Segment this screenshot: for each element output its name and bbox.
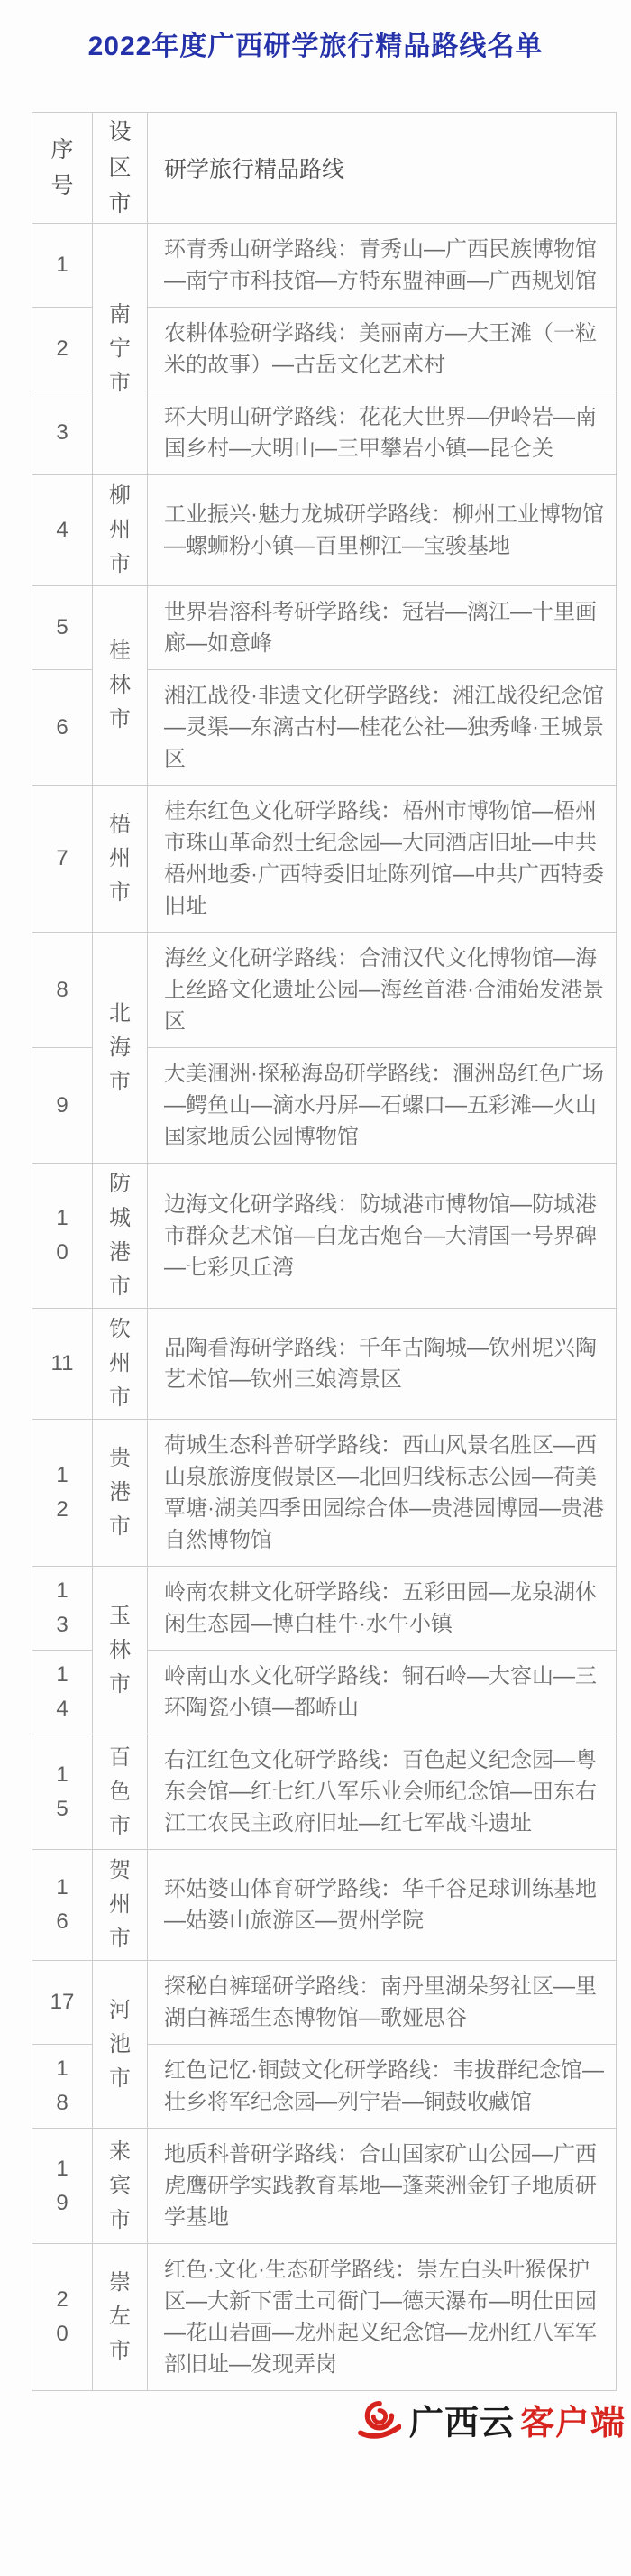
- header-route: 研学旅行精品路线: [148, 113, 617, 224]
- table-row: 1 南宁市 环青秀山研学路线：青秀山—广西民族博物馆—南宁市科技馆—方特东盟神画…: [32, 224, 617, 308]
- city-cell-guilin: 桂林市: [93, 586, 148, 786]
- table-row: 8 北海市 海丝文化研学路线：合浦汉代文化博物馆—海上丝路文化遗址公园—海丝首港…: [32, 933, 617, 1048]
- city-cell-laibin: 来宾市: [93, 2129, 148, 2244]
- seq-cell: 1 5: [32, 1734, 93, 1850]
- header-city: 设区市: [93, 113, 148, 224]
- seq-cell: 1 2: [32, 1420, 93, 1567]
- table-row: 1 5 百色市 右江红色文化研学路线：百色起义纪念园—粤东会馆—红七红八军乐业会…: [32, 1734, 617, 1850]
- table-row: 1 9 来宾市 地质科普研学路线：合山国家矿山公园—广西虎鹰研学实践教育基地—蓬…: [32, 2129, 617, 2244]
- seq-cell: 2 0: [32, 2244, 93, 2391]
- seq-cell: 4: [32, 475, 93, 586]
- route-cell: 红色·文化·生态研学路线：崇左白头叶猴保护区—大新下雷土司衙门—德天瀑布—明仕田…: [148, 2244, 617, 2391]
- city-cell-guigang: 贵港市: [93, 1420, 148, 1567]
- table-row: 1 0 防城港市 边海文化研学路线：防城港市博物馆—防城港市群众艺术馆—白龙古炮…: [32, 1164, 617, 1309]
- route-cell: 工业振兴·魅力龙城研学路线：柳州工业博物馆—螺蛳粉小镇—百里柳江—宝骏基地: [148, 475, 617, 586]
- table-row: 5 桂林市 世界岩溶科考研学路线：冠岩—漓江—十里画廊—如意峰: [32, 586, 617, 670]
- route-cell: 世界岩溶科考研学路线：冠岩—漓江—十里画廊—如意峰: [148, 586, 617, 670]
- seq-cell: 6: [32, 670, 93, 786]
- route-cell: 右江红色文化研学路线：百色起义纪念园—粤东会馆—红七红八军乐业会师纪念馆—田东右…: [148, 1734, 617, 1850]
- route-cell: 探秘白裤瑶研学路线：南丹里湖朵努社区—里湖白裤瑶生态博物馆—歌娅思谷: [148, 1961, 617, 2045]
- city-cell-hechi: 河池市: [93, 1961, 148, 2129]
- seq-cell: 5: [32, 586, 93, 670]
- seq-cell: 17: [32, 1961, 93, 2045]
- seq-cell: 9: [32, 1048, 93, 1164]
- city-cell-qinzhou: 钦州市: [93, 1309, 148, 1420]
- route-cell: 农耕体验研学路线：美丽南方—大王滩（一粒米的故事）—古岳文化艺术村: [148, 308, 617, 391]
- route-cell: 环姑婆山体育研学路线：华千谷足球训练基地—姑婆山旅游区—贺州学院: [148, 1850, 617, 1961]
- route-cell: 桂东红色文化研学路线：梧州市博物馆—梧州市珠山革命烈士纪念园—大同酒店旧址—中共…: [148, 786, 617, 933]
- seq-cell: 2: [32, 308, 93, 391]
- city-cell-liuzhou: 柳州市: [93, 475, 148, 586]
- route-cell: 大美涠洲·探秘海岛研学路线：涠洲岛红色广场—鳄鱼山—滴水丹屏—石螺口—五彩滩—火…: [148, 1048, 617, 1164]
- city-cell-beihai: 北海市: [93, 933, 148, 1164]
- route-cell: 红色记忆·铜鼓文化研学路线：韦拔群纪念馆—壮乡将军纪念园—列宁岩—铜鼓收藏馆: [148, 2045, 617, 2129]
- seq-cell: 8: [32, 933, 93, 1048]
- seq-cell: 1 3: [32, 1567, 93, 1651]
- route-cell: 岭南农耕文化研学路线：五彩田园—龙泉湖休闲生态园—博白桂牛·水牛小镇: [148, 1567, 617, 1651]
- seq-cell: 3: [32, 391, 93, 475]
- route-cell: 岭南山水文化研学路线：铜石岭—大容山—三环陶瓷小镇—都峤山: [148, 1651, 617, 1734]
- seq-cell: 1 0: [32, 1164, 93, 1309]
- table-row: 1 2 贵港市 荷城生态科普研学路线：西山风景名胜区—西山泉旅游度假景区—北回归…: [32, 1420, 617, 1567]
- route-cell: 地质科普研学路线：合山国家矿山公园—广西虎鹰研学实践教育基地—蓬莱洲金钉子地质研…: [148, 2129, 617, 2244]
- city-cell-chongzuo: 崇左市: [93, 2244, 148, 2391]
- table-row: 1 3 玉林市 岭南农耕文化研学路线：五彩田园—龙泉湖休闲生态园—博白桂牛·水牛…: [32, 1567, 617, 1651]
- seq-cell: 11: [32, 1309, 93, 1420]
- table-row: 11 钦州市 品陶看海研学路线：千年古陶城—钦州坭兴陶艺术馆—钦州三娘湾景区: [32, 1309, 617, 1420]
- brand-suffix: 客户端: [520, 2395, 626, 2444]
- seq-cell: 1: [32, 224, 93, 308]
- table-row: 7 梧州市 桂东红色文化研学路线：梧州市博物馆—梧州市珠山革命烈士纪念园—大同酒…: [32, 786, 617, 933]
- page-title: 2022年度广西研学旅行精品路线名单: [18, 31, 613, 63]
- route-cell: 边海文化研学路线：防城港市博物馆—防城港市群众艺术馆—白龙古炮台—大清国一号界碑…: [148, 1164, 617, 1309]
- seq-cell: 1 9: [32, 2129, 93, 2244]
- city-cell-nanning: 南宁市: [93, 224, 148, 475]
- city-cell-fangchenggang: 防城港市: [93, 1164, 148, 1309]
- route-cell: 湘江战役·非遗文化研学路线：湘江战役纪念馆—灵渠—东漓古村—桂花公社—独秀峰·王…: [148, 670, 617, 786]
- brand-name: 广西云: [409, 2395, 515, 2444]
- table-row: 17 河池市 探秘白裤瑶研学路线：南丹里湖朵努社区—里湖白裤瑶生态博物馆—歌娅思…: [32, 1961, 617, 2045]
- table-header-row: 序号 设区市 研学旅行精品路线: [32, 113, 617, 224]
- header-seq: 序号: [32, 113, 93, 224]
- table-row: 1 6 贺州市 环姑婆山体育研学路线：华千谷足球训练基地—姑婆山旅游区—贺州学院: [32, 1850, 617, 1961]
- table-row: 2 0 崇左市 红色·文化·生态研学路线：崇左白头叶猴保护区—大新下雷土司衙门—…: [32, 2244, 617, 2391]
- route-cell: 环大明山研学路线：花花大世界—伊岭岩—南国乡村—大明山—三甲攀岩小镇—昆仑关: [148, 391, 617, 475]
- red-cloud-icon: [356, 2400, 401, 2440]
- seq-cell: 1 8: [32, 2045, 93, 2129]
- route-cell: 环青秀山研学路线：青秀山—广西民族博物馆—南宁市科技馆—方特东盟神画—广西规划馆: [148, 224, 617, 308]
- gxcloud-logo: 广西云 客户端: [0, 2395, 626, 2450]
- seq-cell: 1 6: [32, 1850, 93, 1961]
- route-cell: 荷城生态科普研学路线：西山风景名胜区—西山泉旅游度假景区—北回归线标志公园—荷美…: [148, 1420, 617, 1567]
- city-cell-baise: 百色市: [93, 1734, 148, 1850]
- article-image: 2022年度广西研学旅行精品路线名单 序号 设区市 研学旅行精品路线 1 南宁市…: [0, 0, 631, 2576]
- city-cell-hezhou: 贺州市: [93, 1850, 148, 1961]
- city-cell-wuzhou: 梧州市: [93, 786, 148, 933]
- routes-table: 序号 设区市 研学旅行精品路线 1 南宁市 环青秀山研学路线：青秀山—广西民族博…: [32, 112, 617, 2391]
- seq-cell: 1 4: [32, 1651, 93, 1734]
- seq-cell: 7: [32, 786, 93, 933]
- table-row: 4 柳州市 工业振兴·魅力龙城研学路线：柳州工业博物馆—螺蛳粉小镇—百里柳江—宝…: [32, 475, 617, 586]
- city-cell-yulin: 玉林市: [93, 1567, 148, 1734]
- route-cell: 海丝文化研学路线：合浦汉代文化博物馆—海上丝路文化遗址公园—海丝首港·合浦始发港…: [148, 933, 617, 1048]
- route-cell: 品陶看海研学路线：千年古陶城—钦州坭兴陶艺术馆—钦州三娘湾景区: [148, 1309, 617, 1420]
